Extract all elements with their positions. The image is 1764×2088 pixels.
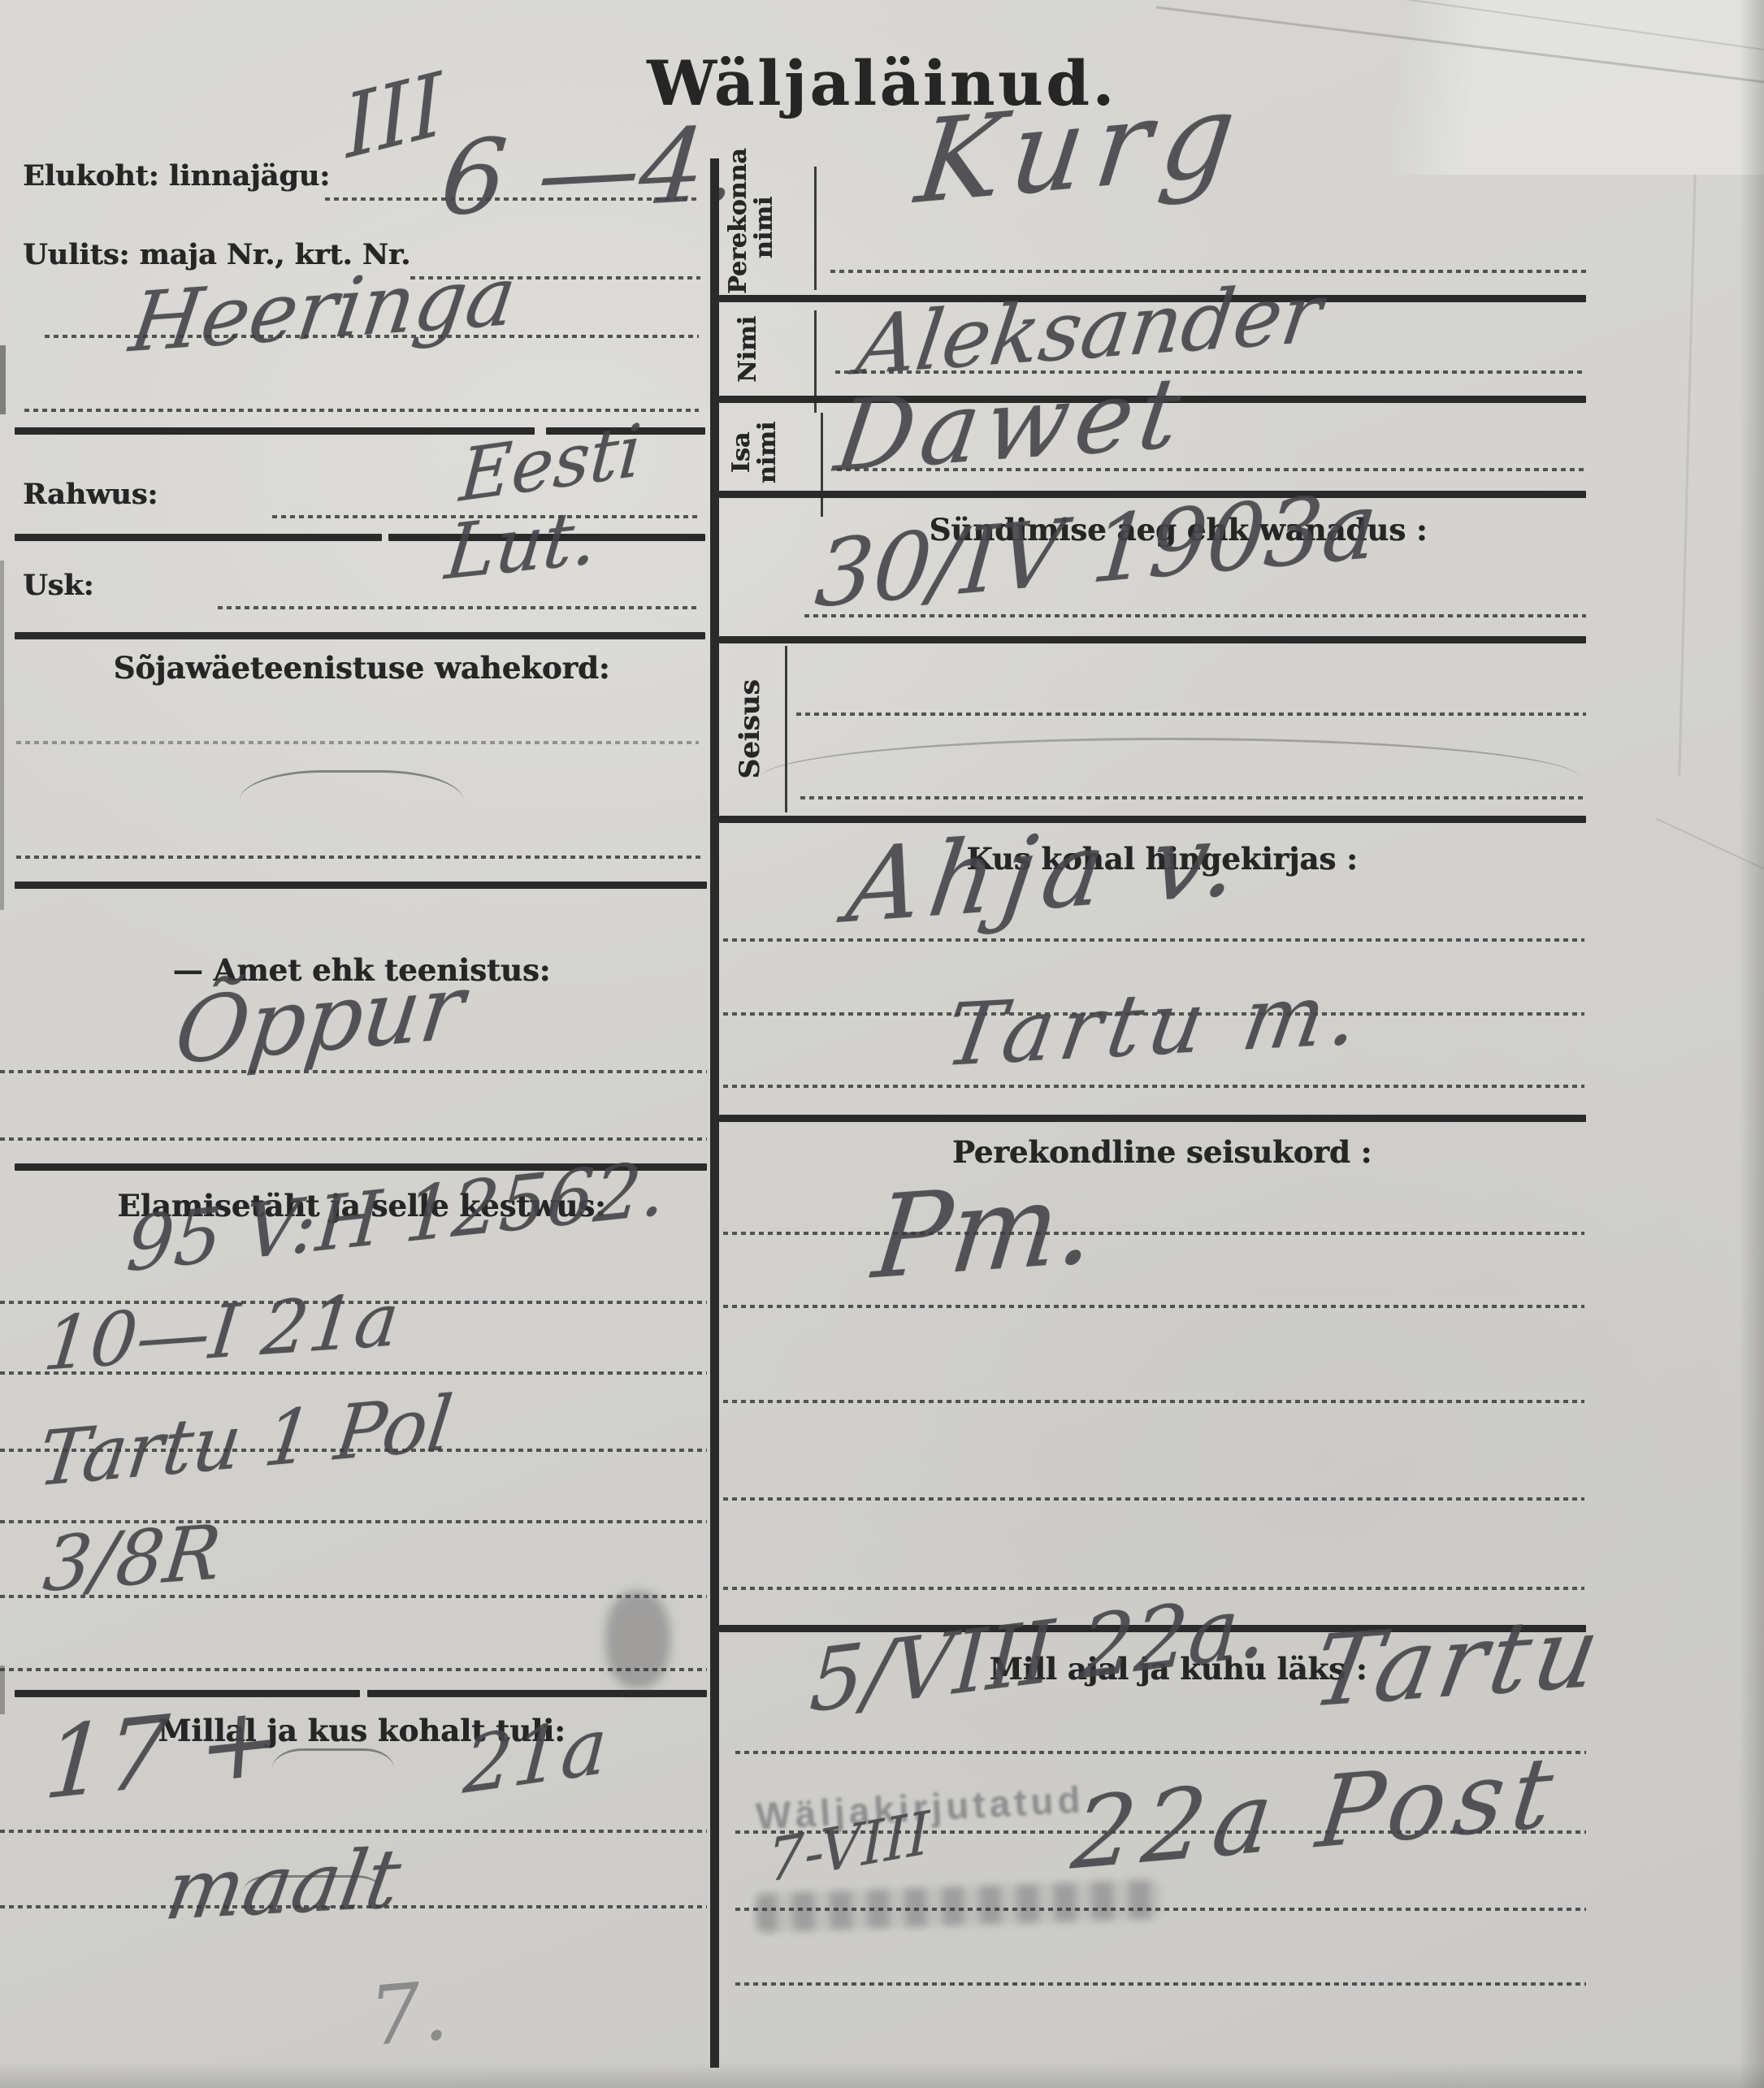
- pencil-note: 7.: [366, 1963, 451, 2064]
- field-label-residence: Elukoht: linnajägu:: [23, 159, 330, 193]
- dotted-line: [0, 1371, 707, 1375]
- dotted-line: [0, 1830, 707, 1833]
- separator-bar: [15, 427, 535, 435]
- handwritten-departure-place: Tartu: [1304, 1595, 1612, 1730]
- separator-bar: [719, 636, 1586, 643]
- separator-bar: [15, 882, 707, 889]
- crease-line: [1319, 0, 1764, 51]
- crease-line: [1655, 817, 1764, 873]
- dotted-line: [723, 1400, 1584, 1403]
- dotted-line: [735, 1908, 1586, 1911]
- scanned-registration-card: Wäljaläinud. Elukoht: linnajägu: III 6 —…: [0, 0, 1764, 2088]
- pen-stroke: [240, 770, 463, 800]
- dotted-line: [796, 713, 1586, 716]
- separator-bar: [15, 632, 705, 639]
- handwritten-departure-note: 22a Post: [1067, 1735, 1567, 1892]
- dotted-line: [723, 1497, 1584, 1501]
- dotted-line: [735, 1982, 1586, 1986]
- ink-smudge: [605, 1591, 670, 1688]
- handwritten-permit-reference: 3/8R: [40, 1509, 225, 1609]
- field-label-family-name: Perekonna nimi: [726, 161, 778, 294]
- field-label-nationality: Rahwus:: [23, 478, 158, 511]
- handwritten-religion: Lut.: [442, 492, 602, 596]
- dotted-line: [0, 1137, 707, 1141]
- left-edge-mark: [0, 1666, 5, 1714]
- dotted-line: [218, 606, 700, 609]
- field-label-father-name: Isa nimi: [729, 405, 782, 500]
- left-edge-mark: [0, 561, 4, 910]
- dotted-line: [0, 1595, 707, 1598]
- handwritten-arrival-date: 17 +: [41, 1683, 284, 1822]
- handwritten-arrival-from: maalt: [159, 1830, 407, 1939]
- separator-bar: [367, 1690, 707, 1697]
- label-rule: [814, 167, 817, 290]
- dotted-line: [837, 468, 1586, 471]
- handwritten-permit-issuer: Tartu 1 Pol: [34, 1380, 457, 1504]
- field-label-first-name: Nimi: [735, 304, 761, 395]
- handwritten-departure-date: 5/VIII 22a.: [808, 1575, 1269, 1732]
- section-header-family-status: Perekondline seisukord :: [853, 1134, 1471, 1170]
- pen-stroke: [760, 738, 1580, 789]
- handwritten-father-name: Dawet: [829, 356, 1193, 495]
- handwritten-county: Tartu m.: [938, 964, 1372, 1085]
- handwritten-family-status: Pm.: [868, 1156, 1102, 1306]
- dotted-line: [45, 335, 699, 338]
- right-edge-shadow: [1739, 0, 1764, 2088]
- dotted-line: [723, 938, 1584, 942]
- label-rule: [821, 413, 823, 517]
- dotted-line: [723, 1305, 1584, 1308]
- left-edge-mark: [0, 345, 6, 414]
- dotted-line: [24, 409, 699, 412]
- dotted-line: [0, 1668, 707, 1671]
- column-divider: [710, 158, 719, 2068]
- dotted-line: [723, 1085, 1584, 1088]
- section-header-military: Sõjawäeteenistuse wahekord:: [16, 650, 707, 686]
- dotted-line: [800, 796, 1586, 799]
- dotted-line: [804, 614, 1586, 617]
- dotted-line: [0, 1070, 707, 1073]
- handwritten-house-number: 6 —4.: [436, 105, 742, 239]
- crease-line: [1678, 175, 1696, 776]
- page-title: Wäljaläinud.: [0, 47, 1764, 119]
- bottom-edge-shadow: [0, 2062, 1764, 2088]
- separator-bar: [15, 534, 382, 541]
- dotted-line: [723, 1232, 1584, 1235]
- dotted-line: [16, 856, 700, 859]
- pen-stroke: [272, 1748, 394, 1769]
- dotted-line: [16, 741, 699, 744]
- dotted-line: [0, 1449, 707, 1452]
- stamp-smudge: [755, 1879, 1162, 1932]
- separator-bar: [719, 1115, 1586, 1122]
- dotted-line: [0, 1905, 707, 1908]
- dotted-line: [830, 270, 1586, 273]
- field-label-religion: Usk:: [23, 569, 93, 602]
